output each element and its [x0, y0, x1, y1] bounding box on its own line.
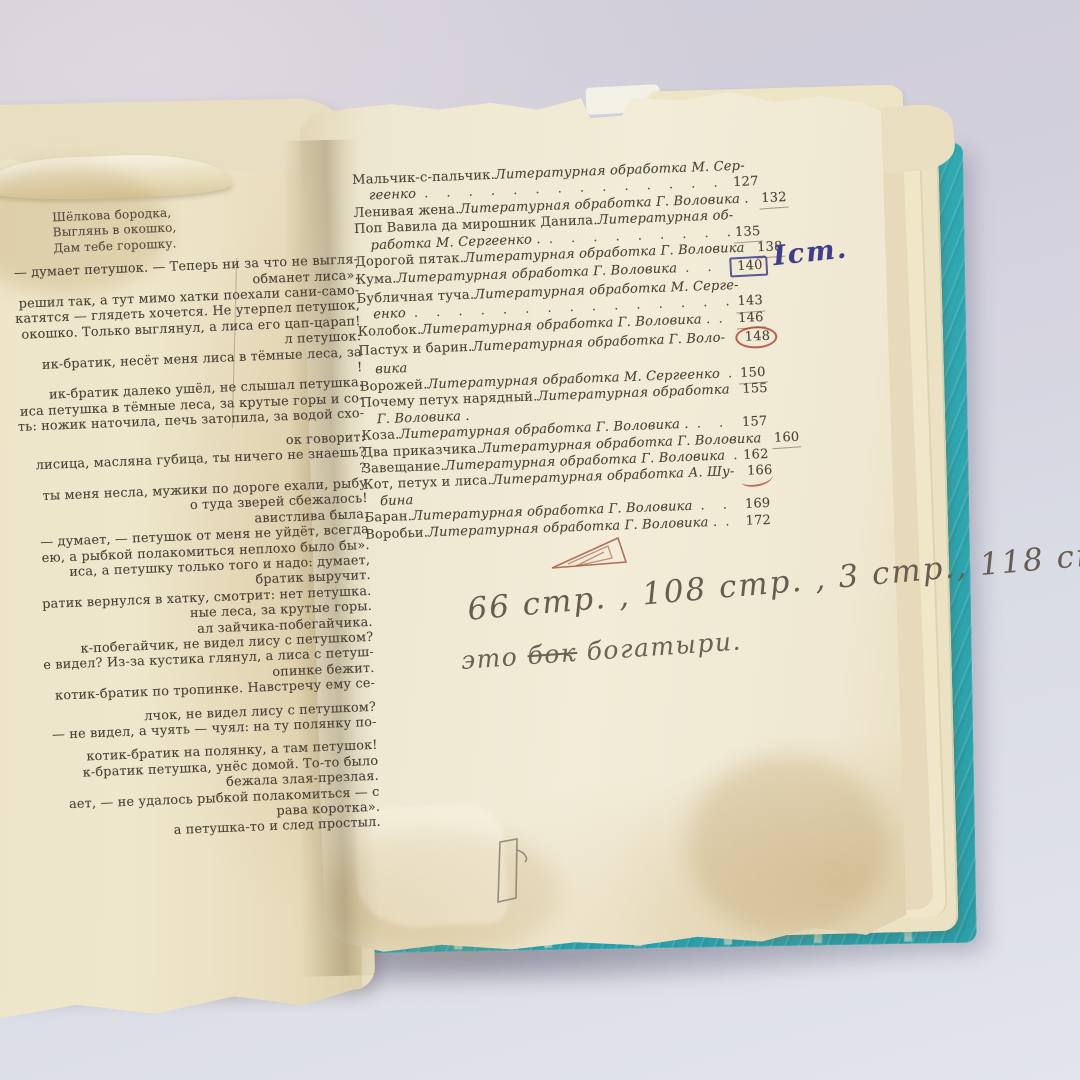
toc-indent — [361, 423, 377, 424]
left-page-text: Шёлкова бородка,Выглянь в окошко,Дам теб… — [0, 198, 381, 848]
dot-leader: . . . . . . . . . . . . . . . . . . . . … — [700, 497, 740, 515]
pen-note-annotation: Іст. — [772, 242, 848, 266]
dot-leader: . . . . . . . . . . . . . . . . . . . . … — [733, 448, 739, 465]
dot-leader: . . . . . . . . . . . . . . . . . . . . … — [725, 514, 741, 531]
toc-page-number: 166 — [744, 463, 773, 480]
dot-leader: . . . . . . . . . . . . . . . . . . . . … — [728, 366, 736, 383]
toc-page-number: 143 — [735, 293, 764, 310]
toc-page-number: 155 — [740, 381, 769, 398]
pencil-rectangle-sketch — [488, 834, 538, 910]
toc-page-number: 132 — [758, 190, 787, 207]
toc-indent — [353, 200, 369, 201]
dot-leader: . . . . . . . . . . . . . . . . . . . . … — [685, 260, 728, 278]
toc-page-number: 157 — [739, 414, 768, 431]
toc-credit: бина — [380, 493, 414, 511]
toc-title: Воробьи. — [365, 525, 428, 544]
toc-page-number: 169 — [742, 496, 771, 513]
toc-credit: енко — [373, 306, 406, 324]
toc-credit: вика — [375, 362, 408, 380]
toc-indent — [355, 249, 371, 250]
dot-leader: . . . . . . . . . . . . . . . . . . . . … — [738, 382, 739, 398]
toc-credit: геенко — [369, 187, 417, 205]
handwritten-note-prefix: это — [460, 641, 529, 675]
dot-leader: . . . . . . . . . . . . . . . . . . . . … — [733, 330, 734, 346]
toc-page-number: 160 — [771, 429, 800, 446]
toc-title: Коза. — [361, 428, 399, 446]
toc-page-number: 135 — [732, 224, 761, 241]
toc-title: Кума. — [356, 272, 397, 290]
dot-leader: . . . . . . . . . . . . . . . . . . . . … — [756, 191, 757, 207]
red-pencil-scribble — [546, 526, 634, 580]
toc-page-number: 150 — [737, 365, 766, 382]
toc-indent — [359, 374, 375, 375]
toc-page-number: 172 — [743, 512, 772, 529]
paper-stain — [688, 756, 888, 936]
photo-open-book-scene: Шёлкова бородка,Выглянь в окошко,Дам теб… — [0, 0, 1080, 1080]
dot-leader: . . . . . . . . . . . . . . . . . . . . … — [752, 240, 753, 256]
toc-list: Мальчик-с-пальчик. Литературная обработк… — [352, 158, 771, 544]
toc-indent — [357, 319, 373, 320]
dot-leader: . . . . . . . . . . . . . . . . . . . . … — [696, 415, 737, 433]
toc-title: Баран. — [364, 509, 412, 527]
handwritten-note-struck-word: бок — [527, 638, 579, 670]
toc-title: Пастух и барин. — [358, 340, 472, 361]
toc-indent — [364, 505, 380, 506]
toc-page-number: 140Іст. — [729, 256, 768, 278]
toc-page-number: 162 — [740, 447, 769, 464]
dot-leader: . . . . . . . . . . . . . . . . . . . . … — [718, 311, 734, 328]
toc-page-number: 146 — [735, 310, 764, 327]
toc-page-number: 127 — [730, 175, 759, 192]
